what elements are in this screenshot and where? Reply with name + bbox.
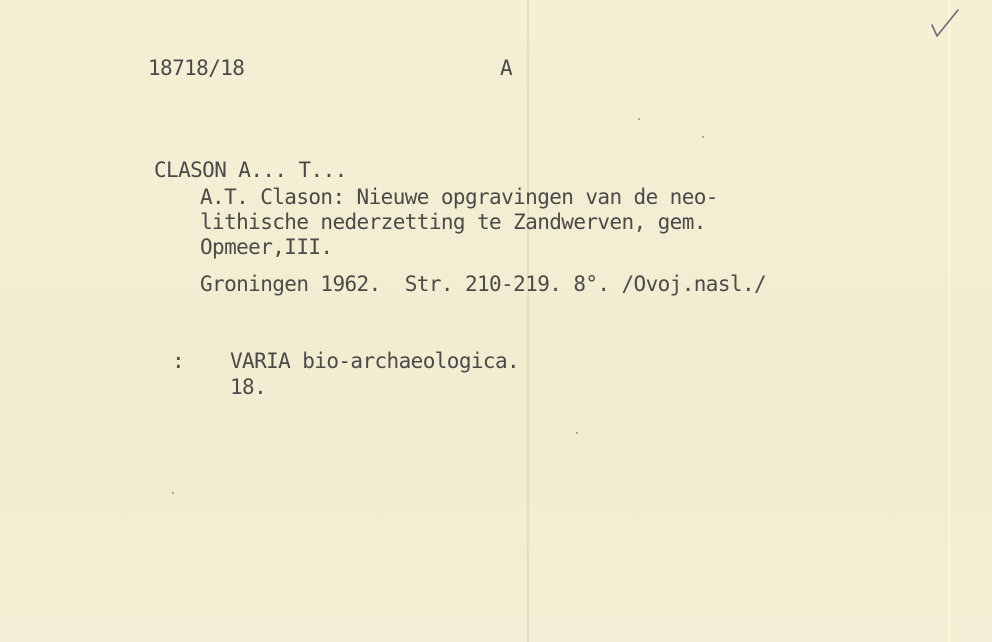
call-number: 18718/18 [148,58,244,79]
title-line: Opmeer,III. [200,237,332,258]
author-heading: CLASON A... T... [154,160,347,181]
paper-speck [576,432,578,434]
title-line: A.T. Clason: Nieuwe opgravingen van de n… [200,187,718,208]
series-title: VARIA bio-archaeologica. [230,351,519,372]
series-bullet: : [172,351,184,372]
title-line: lithische nederzetting te Zandwerven, ge… [200,212,706,233]
paper-speck [702,136,704,138]
imprint-line: Groningen 1962. Str. 210-219. 8°. /Ovoj.… [200,274,766,295]
marker-letter: A [500,58,512,79]
checkmark-icon [928,6,962,40]
paper-speck [638,118,640,120]
paper-speck [172,492,174,494]
series-number: 18. [230,377,266,398]
catalog-card: 18718/18 A CLASON A... T... A.T. Clason:… [0,0,992,642]
